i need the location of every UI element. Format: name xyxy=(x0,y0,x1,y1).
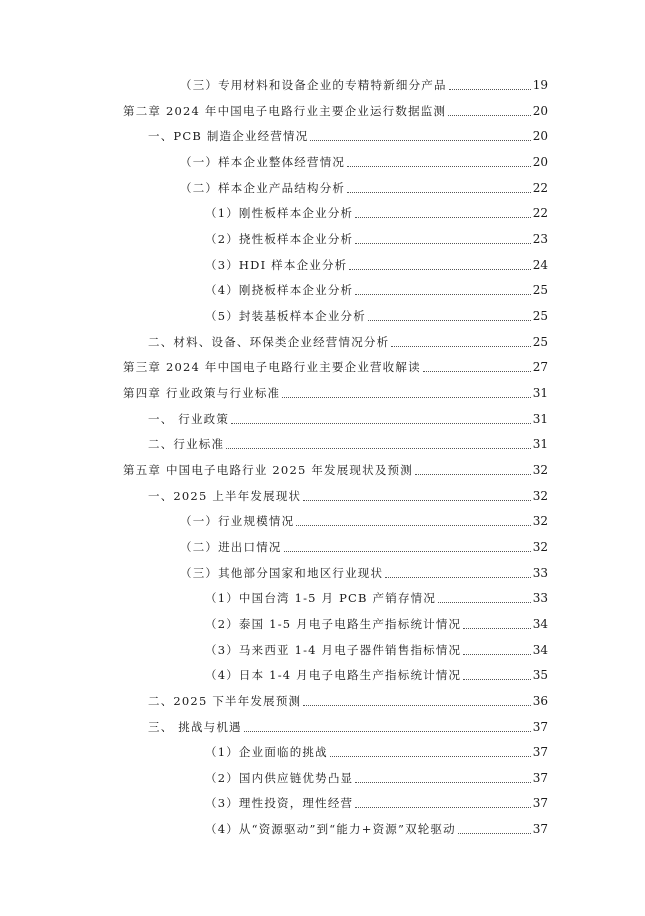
toc-entry[interactable]: （5）封装基板样本企业分析25 xyxy=(205,303,548,329)
toc-entry-title: （1）刚性板样本企业分析 xyxy=(205,205,355,221)
dot-leader xyxy=(355,226,531,252)
toc-entry-title: 三、 挑战与机遇 xyxy=(148,719,244,735)
dot-leader xyxy=(303,483,530,509)
toc-entry[interactable]: （三）其他部分国家和地区行业现状33 xyxy=(180,560,548,586)
toc-entry-title: （二）样本企业产品结构分析 xyxy=(180,180,347,196)
dot-leader xyxy=(355,200,531,226)
toc-entry[interactable]: （3）理性投资，理性经营37 xyxy=(205,790,548,816)
toc-entry[interactable]: 第四章 行业政策与行业标准31 xyxy=(123,380,548,406)
toc-entry-title: （3）HDI 样本企业分析 xyxy=(205,257,349,273)
toc-entry-page: 37 xyxy=(531,822,548,836)
toc-entry-page: 35 xyxy=(531,668,548,682)
dot-leader xyxy=(226,431,531,457)
toc-entry-page: 34 xyxy=(531,617,548,631)
toc-entry-page: 37 xyxy=(531,720,548,734)
toc-entry[interactable]: 三、 挑战与机遇37 xyxy=(148,714,548,740)
toc-entry-page: 25 xyxy=(531,309,548,323)
toc-entry[interactable]: （3）HDI 样本企业分析24 xyxy=(205,252,548,278)
toc-entry-title: 一、2025 上半年发展现状 xyxy=(148,488,303,504)
toc-entry-title: （3）理性投资，理性经营 xyxy=(205,795,355,811)
toc-entry-title: 一、PCB 制造企业经营情况 xyxy=(148,128,310,144)
dot-leader xyxy=(347,149,531,175)
dot-leader xyxy=(463,637,530,663)
dot-leader xyxy=(282,380,530,406)
dot-leader xyxy=(463,611,530,637)
toc-entry[interactable]: （2）泰国 1-5 月电子电路生产指标统计情况34 xyxy=(205,611,548,637)
toc-entry[interactable]: （4）从“资源驱动”到“能力+资源”双轮驱动37 xyxy=(205,816,548,842)
toc-entry-page: 37 xyxy=(531,771,548,785)
dot-leader xyxy=(231,406,531,432)
toc-entry-page: 34 xyxy=(531,643,548,657)
toc-entry[interactable]: （二）样本企业产品结构分析22 xyxy=(180,175,548,201)
toc-entry-page: 22 xyxy=(531,206,548,220)
toc-entry-title: （三）专用材料和设备企业的专精特新细分产品 xyxy=(180,77,449,93)
toc-entry-page: 20 xyxy=(531,155,548,169)
toc-entry[interactable]: （三）专用材料和设备企业的专精特新细分产品19 xyxy=(180,72,548,98)
toc-entry-title: （4）从“资源驱动”到“能力+资源”双轮驱动 xyxy=(205,821,458,837)
toc-entry-title: 二、2025 下半年发展预测 xyxy=(148,693,303,709)
toc-entry[interactable]: （4）刚挠板样本企业分析25 xyxy=(205,277,548,303)
toc-entry[interactable]: 第二章 2024 年中国电子电路行业主要企业运行数据监测20 xyxy=(123,98,548,124)
toc-entry-page: 25 xyxy=(531,283,548,297)
toc-entry-page: 20 xyxy=(531,129,548,143)
toc-entry[interactable]: （2）挠性板样本企业分析23 xyxy=(205,226,548,252)
toc-entry-page: 25 xyxy=(531,335,548,349)
toc-entry[interactable]: 一、 行业政策31 xyxy=(148,406,548,432)
toc-entry-page: 27 xyxy=(531,360,548,374)
toc-entry-title: 二、行业标准 xyxy=(148,436,226,452)
toc-entry-page: 32 xyxy=(531,540,548,554)
toc-entry-title: （2）泰国 1-5 月电子电路生产指标统计情况 xyxy=(205,616,463,632)
dot-leader xyxy=(347,175,531,201)
toc-entry-page: 24 xyxy=(531,258,548,272)
toc-entry[interactable]: 一、2025 上半年发展现状32 xyxy=(148,483,548,509)
dot-leader xyxy=(310,123,530,149)
toc-entry-page: 23 xyxy=(531,232,548,246)
toc-entry-title: （三）其他部分国家和地区行业现状 xyxy=(180,565,385,581)
toc-entry-title: （3）马来西亚 1-4 月电子器件销售指标情况 xyxy=(205,642,463,658)
toc-entry-title: （1）中国台湾 1-5 月 PCB 产销存情况 xyxy=(205,590,438,606)
toc-entry[interactable]: 二、行业标准31 xyxy=(148,431,548,457)
dot-leader xyxy=(463,662,530,688)
toc-entry-title: （4）日本 1-4 月电子电路生产指标统计情况 xyxy=(205,667,463,683)
toc-entry[interactable]: 第五章 中国电子电路行业 2025 年发展现状及预测32 xyxy=(123,457,548,483)
toc-entry-page: 33 xyxy=(531,566,548,580)
dot-leader xyxy=(423,354,531,380)
dot-leader xyxy=(415,457,531,483)
toc-entry[interactable]: 二、材料、设备、环保类企业经营情况分析25 xyxy=(148,329,548,355)
toc-entry[interactable]: （1）中国台湾 1-5 月 PCB 产销存情况33 xyxy=(205,585,548,611)
toc-entry-page: 31 xyxy=(531,386,548,400)
toc-entry-title: 第三章 2024 年中国电子电路行业主要企业营收解读 xyxy=(123,359,423,375)
toc-entry[interactable]: 一、PCB 制造企业经营情况20 xyxy=(148,123,548,149)
toc-entry[interactable]: 第三章 2024 年中国电子电路行业主要企业营收解读27 xyxy=(123,354,548,380)
toc-entry-title: （一）样本企业整体经营情况 xyxy=(180,154,347,170)
dot-leader xyxy=(296,508,530,534)
toc-entry-page: 19 xyxy=(531,78,548,92)
toc-entry-title: （4）刚挠板样本企业分析 xyxy=(205,282,355,298)
toc-entry-title: （2）国内供应链优势凸显 xyxy=(205,770,355,786)
toc-entry-page: 32 xyxy=(531,489,548,503)
toc-entry[interactable]: （4）日本 1-4 月电子电路生产指标统计情况35 xyxy=(205,662,548,688)
dot-leader xyxy=(355,277,531,303)
dot-leader xyxy=(284,534,531,560)
dot-leader xyxy=(368,303,531,329)
toc-entry-page: 22 xyxy=(531,181,548,195)
toc-entry-page: 37 xyxy=(531,796,548,810)
dot-leader xyxy=(330,739,531,765)
dot-leader xyxy=(391,329,530,355)
toc-entry-page: 37 xyxy=(531,745,548,759)
dot-leader xyxy=(355,765,531,791)
toc-entry-page: 36 xyxy=(531,694,548,708)
dot-leader xyxy=(448,98,531,124)
toc-entry-title: （2）挠性板样本企业分析 xyxy=(205,231,355,247)
toc-entry[interactable]: （3）马来西亚 1-4 月电子器件销售指标情况34 xyxy=(205,637,548,663)
dot-leader xyxy=(458,816,531,842)
document-page: （三）专用材料和设备企业的专精特新细分产品19 第二章 2024 年中国电子电路… xyxy=(0,0,645,916)
dot-leader xyxy=(244,714,531,740)
toc-entry-title: 一、 行业政策 xyxy=(148,411,231,427)
toc-entry-page: 32 xyxy=(531,463,548,477)
toc-entry-page: 31 xyxy=(531,437,548,451)
toc-entry-page: 20 xyxy=(531,104,548,118)
toc-entry-title: 第五章 中国电子电路行业 2025 年发展现状及预测 xyxy=(123,462,415,478)
toc-entry-page: 32 xyxy=(531,514,548,528)
dot-leader xyxy=(438,585,531,611)
toc-entry[interactable]: （2）国内供应链优势凸显37 xyxy=(205,765,548,791)
toc-entry-title: 二、材料、设备、环保类企业经营情况分析 xyxy=(148,334,391,350)
toc-entry-title: （二）进出口情况 xyxy=(180,539,284,555)
dot-leader xyxy=(303,688,530,714)
dot-leader xyxy=(449,72,531,98)
toc-entry[interactable]: （一）样本企业整体经营情况20 xyxy=(180,149,548,175)
toc-entry[interactable]: 二、2025 下半年发展预测36 xyxy=(148,688,548,714)
toc-entry[interactable]: （一）行业规模情况32 xyxy=(180,508,548,534)
dot-leader xyxy=(385,560,531,586)
toc-entry-title: 第二章 2024 年中国电子电路行业主要企业运行数据监测 xyxy=(123,103,448,119)
toc-entry[interactable]: （1）企业面临的挑战37 xyxy=(205,739,548,765)
toc-entry-title: 第四章 行业政策与行业标准 xyxy=(123,385,282,401)
toc-entry-title: （一）行业规模情况 xyxy=(180,513,296,529)
toc-entry-page: 31 xyxy=(531,412,548,426)
toc-entry-title: （5）封装基板样本企业分析 xyxy=(205,308,368,324)
toc-entry[interactable]: （1）刚性板样本企业分析22 xyxy=(205,200,548,226)
toc-entry-page: 33 xyxy=(531,591,548,605)
dot-leader xyxy=(355,790,531,816)
dot-leader xyxy=(349,252,530,278)
toc-entry[interactable]: （二）进出口情况32 xyxy=(180,534,548,560)
toc-entry-title: （1）企业面临的挑战 xyxy=(205,744,330,760)
